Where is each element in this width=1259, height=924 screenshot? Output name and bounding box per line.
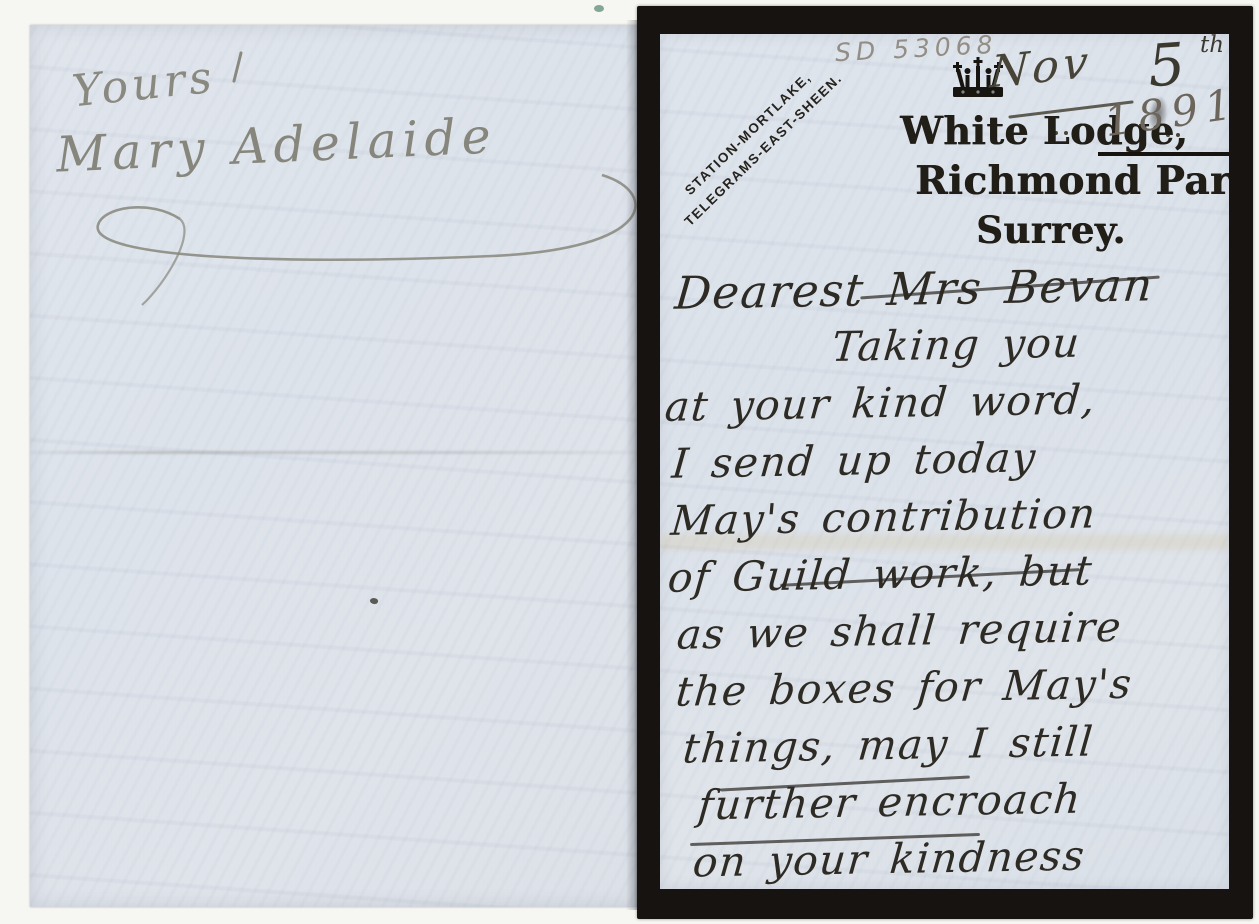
- letter-line: as we shall require: [675, 597, 1229, 664]
- left-page: Yours Mary Adelaide: [30, 25, 639, 907]
- right-page: STATION-MORTLAKE, TELEGRAMS-EAST-SHEEN. …: [660, 34, 1229, 889]
- letter-scan: Yours Mary Adelaide STATION-MORTLAKE, TE…: [0, 0, 1259, 924]
- letter-line: Taking you: [830, 312, 1225, 376]
- letterhead-address-line2: Richmond Park,: [915, 158, 1229, 204]
- station-line: STATION-MORTLAKE,: [660, 44, 841, 224]
- letterhead-address-line3: Surrey.: [976, 208, 1126, 252]
- signature-flourish: [46, 153, 654, 313]
- printed-date-rule: [1098, 152, 1229, 156]
- letter-line: Dearest Mrs Bevan: [673, 255, 1224, 322]
- letter-line: the boxes for May's: [674, 654, 1229, 721]
- scan-artifact: [594, 5, 604, 12]
- ink-flourish: [232, 51, 243, 83]
- ink-spot: [369, 597, 379, 605]
- letter-line: at your kind word,: [663, 369, 1226, 436]
- handwritten-day-ordinal: th: [1200, 34, 1224, 58]
- letter-line: of Guild work, but: [666, 540, 1229, 607]
- handwritten-month: Nov: [988, 36, 1093, 98]
- fold-crease: [30, 451, 639, 454]
- letter-line: I send up today: [670, 426, 1227, 493]
- letter-line: things, may I still: [681, 711, 1229, 778]
- signature-closing: Yours: [70, 52, 218, 118]
- letter-body: Dearest Mrs Bevan Taking you at your kin…: [661, 255, 1229, 889]
- letter-line: May's contribution: [669, 483, 1228, 550]
- mourning-border: STATION-MORTLAKE, TELEGRAMS-EAST-SHEEN. …: [637, 6, 1253, 919]
- telegrams-line: TELEGRAMS-EAST-SHEEN.: [671, 60, 856, 240]
- station-telegrams-block: STATION-MORTLAKE, TELEGRAMS-EAST-SHEEN.: [660, 44, 856, 240]
- handwritten-year: 1891: [1101, 79, 1229, 146]
